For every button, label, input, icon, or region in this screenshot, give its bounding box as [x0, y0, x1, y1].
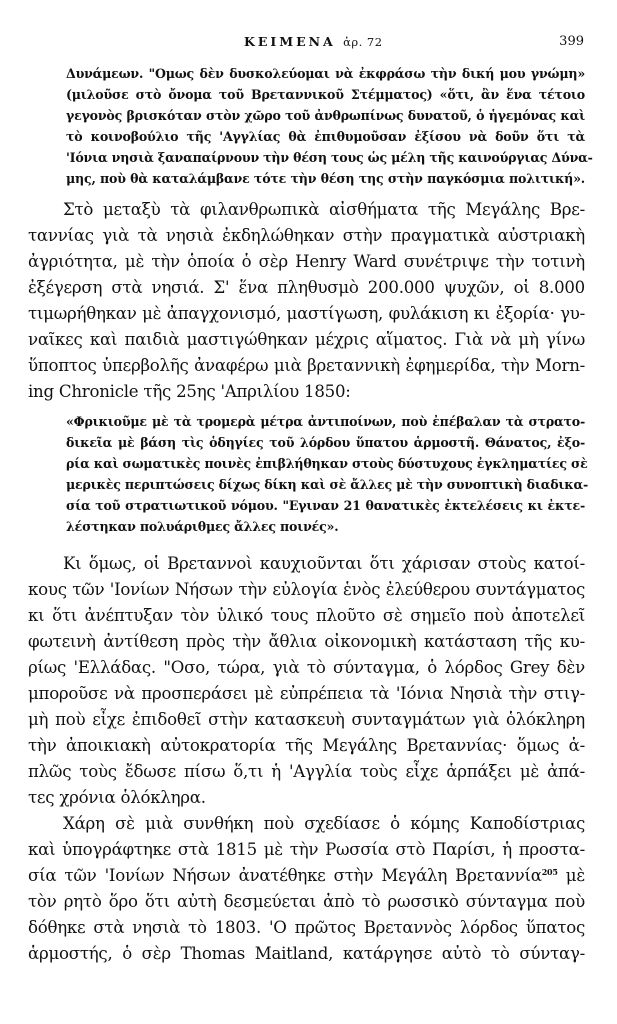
text-line: κους τῶν 'Ιονίων Νήσων τὴν εὐλογία ἑνὸς … — [28, 580, 585, 599]
text-line: (μιλοῦσε στὸ ὄνομα τοῦ Βρεταννικοῦ Στέμμ… — [66, 87, 585, 102]
text-line: φωτεινὴ ἀντίθεση πρὸς τὴν ἄθλια οἰκονομι… — [28, 632, 585, 651]
text-line: Κι ὅμως, οἱ Βρεταννοὶ καυχιοῦνται ὅτι χά… — [63, 554, 585, 573]
text-line: πλῶς τοὺς ἔδωσε πίσω ὅ,τι ἡ 'Αγγλία τοὺς… — [28, 762, 585, 781]
text-line: τὸν ρητὸ ὅρο ὅτι αὐτὴ δεσμεύεται ἀπὸ τὸ … — [28, 892, 585, 911]
text-line: καὶ ὑπογράφτηκε στὰ 1815 μὲ τὴν Ρωσσία σ… — [28, 840, 585, 859]
text-line: ἐξέγερση στὰ νησιά. Σ' ἕνα πληθυσμὸ 200.… — [28, 278, 585, 297]
text-line: σία τοῦ στρατιωτικοῦ νόμου. "Εγιναν 21 θ… — [66, 498, 585, 513]
text-line: ing Chronicle τῆς 25ης 'Απριλίου 1850: — [28, 382, 585, 401]
running-head: ΚΕΙΜΕΝΑ ἀρ. 72 — [244, 34, 383, 49]
text-span: σία τῶν 'Ιονίων Νήσων ἀνατέθηκε στὴν Μεγ… — [28, 866, 542, 885]
book-page: ΚΕΙΜΕΝΑ ἀρ. 72 399 Δυνάμεων. "Ομως δὲν δ… — [0, 0, 617, 1024]
text-line: ταννίας γιὰ τὰ νησιὰ ἐκδηλώθηκαν στὴν πρ… — [28, 226, 585, 245]
running-head-title: ΚΕΙΜΕΝΑ — [244, 34, 336, 49]
text-line: μερικὲς περιπτώσεις δίχως δίκη καὶ σὲ ἄλ… — [66, 477, 585, 492]
text-line: τὴν ἀποικιακὴ αὐτοκρατορία τῆς Μεγάλης Β… — [28, 736, 585, 755]
text-line: Στὸ μεταξὺ τὰ φιλανθρωπικὰ αἰσθήματα τῆς… — [63, 200, 585, 219]
text-line: Δυνάμεων. "Ομως δὲν δυσκολεύομαι νὰ ἐκφρ… — [66, 66, 585, 81]
text-line: «Φρικιοῦμε μὲ τὰ τρομερὰ μέτρα ἀντιποίνω… — [66, 414, 585, 429]
text-line: τὸ κοινοβούλιο τῆς 'Αγγλίας θὰ ἐπιθυμοῦσ… — [66, 129, 585, 144]
text-line-with-footnote: σία τῶν 'Ιονίων Νήσων ἀνατέθηκε στὴν Μεγ… — [28, 866, 585, 885]
footnote-reference[interactable]: 205 — [542, 867, 558, 877]
page-header: ΚΕΙΜΕΝΑ ἀρ. 72 399 — [0, 34, 617, 54]
text-line: ρίως 'Ελλάδας. "Οσο, τώρα, γιὰ τὸ σύνταγ… — [28, 658, 585, 677]
page-number: 399 — [559, 34, 584, 49]
text-line: Χάρη σὲ μιὰ συνθήκη ποὺ σχεδίασε ὁ κόμης… — [63, 814, 585, 833]
text-line: κι ὅτι ἀνέπτυξαν τὸν ὑλικό τους πλοῦτο σ… — [28, 606, 585, 625]
text-line: μποροῦσε νὰ προσπεράσει μὲ εὐπρέπεια τὰ … — [28, 684, 585, 703]
text-line: 'Ιόνια νησιὰ ξαναπαίρνουν τὴν θέση τους … — [66, 150, 585, 165]
text-line: μὴ ποὺ εἶχε ἐπιδοθεῖ στὴν κατασκευὴ συντ… — [28, 710, 585, 729]
text-line: δικεῖα μὲ βάση τὶς ὁδηγίες τοῦ λόρδου ὕπ… — [66, 435, 585, 450]
text-line: ναῖκες καὶ παιδιὰ μαστιγώθηκαν μέχρις αἵ… — [28, 330, 585, 349]
running-head-sub: ἀρ. 72 — [343, 35, 382, 49]
text-line: ὕποπτος ὑπερβολῆς ἀναφέρω μιὰ βρεταννικὴ… — [28, 356, 585, 375]
text-line: δόθηκε στὰ νησιὰ τὸ 1803. 'Ο πρῶτος Βρετ… — [28, 918, 585, 937]
text-line: τιμωρήθηκαν μὲ ἀπαγχονισμό, μαστίγωση, φ… — [28, 304, 585, 323]
text-line: ἀγριότητα, μὲ τὴν ὁποία ὁ σὲρ Henry Ward… — [28, 252, 585, 271]
text-line: ρία καὶ σωματικὲς ποινὲς ἐπιβλήθηκαν στο… — [66, 456, 585, 471]
text-line: ἁρμοστής, ὁ σὲρ Thomas Maitland, κατάργη… — [28, 944, 585, 963]
text-line: γεγονὸς βρισκόταν στὸν χῶρο τοῦ ἀνθρωπίν… — [66, 108, 585, 123]
text-span: μὲ — [558, 866, 585, 885]
text-line: μης, ποὺ θὰ καταλάμβανε τότε τὴν θέση τη… — [66, 171, 585, 186]
text-line: λέστηκαν πολυάριθμες ἄλλες ποινές». — [66, 519, 585, 534]
text-line: τες χρόνια ὁλόκληρα. — [28, 788, 585, 807]
